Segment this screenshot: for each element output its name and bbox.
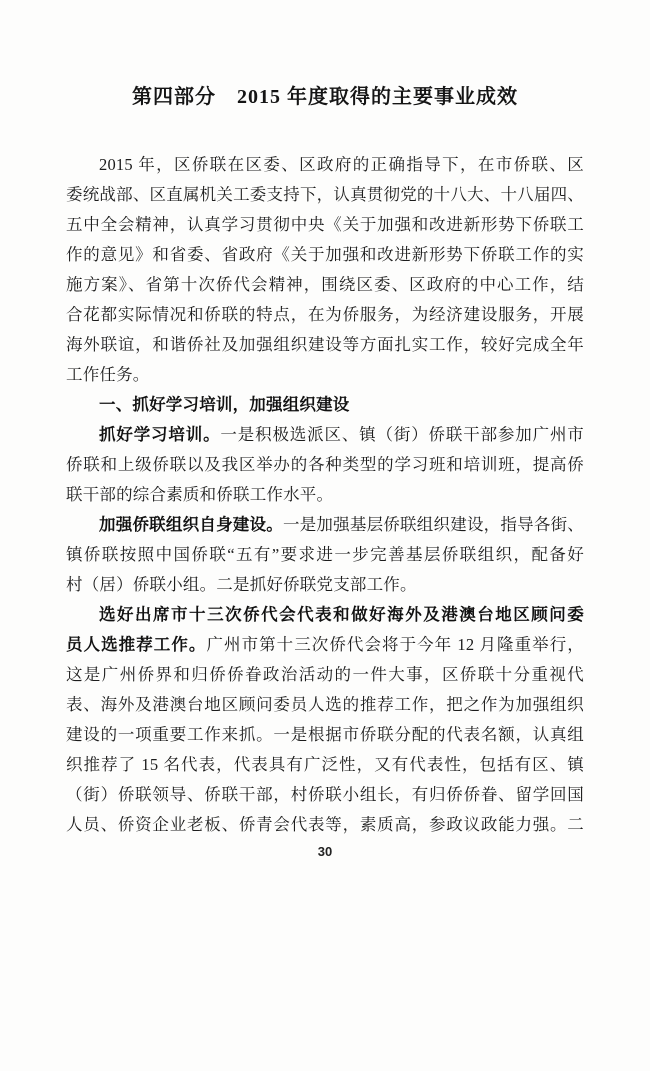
text-run: 村（居）侨联小组。二是抓好侨联党支部工作。 [66, 575, 417, 594]
text-line: 人员、侨资企业老板、侨青会代表等，素质高，参政议政能力强。二 [66, 810, 584, 840]
text-line: 联干部的综合素质和侨联工作水平。 [66, 480, 584, 510]
text-line: 员人选推荐工作。广州市第十三次侨代会将于今年 12 月隆重举行， [66, 630, 584, 660]
page-title: 第四部分 2015 年度取得的主要事业成效 [66, 84, 584, 110]
text-line: 建设的一项重要工作来抓。一是根据市侨联分配的代表名额，认真组 [66, 720, 584, 750]
text-line: 村（居）侨联小组。二是抓好侨联党支部工作。 [66, 570, 584, 600]
text-run: （街）侨联领导、侨联干部，村侨联小组长，有归侨侨眷、留学回国 [66, 785, 584, 804]
text-run: 表、海外及港澳台地区顾问委员人选的推荐工作，把之作为加强组织 [66, 695, 584, 714]
text-run: 广州市第十三次侨代会将于今年 12 月隆重举行， [206, 635, 584, 654]
text-line: 五中全会精神，认真学习贯彻中央《关于加强和改进新形势下侨联工 [66, 210, 584, 240]
text-line: 一、抓好学习培训，加强组织建设 [66, 390, 584, 420]
text-line: 施方案》、省第十次侨代会精神，围绕区委、区政府的中心工作，结 [66, 270, 584, 300]
text-line: 加强侨联组织自身建设。一是加强基层侨联组织建设，指导各街、 [66, 510, 584, 540]
text-line: 海外联谊，和谐侨社及加强组织建设等方面扎实工作，较好完成全年 [66, 330, 584, 360]
text-run: 工作任务。 [66, 365, 150, 384]
text-line: 织推荐了 15 名代表，代表具有广泛性，又有代表性，包括有区、镇 [66, 750, 584, 780]
page-number: 30 [66, 844, 584, 859]
text-line: 作的意见》和省委、省政府《关于加强和改进新形势下侨联工作的实 [66, 240, 584, 270]
document-body: 2015 年，区侨联在区委、区政府的正确指导下，在市侨联、区委统战部、区直属机关… [66, 150, 584, 840]
text-run-bold: 选好出席市十三次侨代会代表和做好海外及港澳台地区顾问委 [99, 605, 584, 624]
text-run: 侨联和上级侨联以及我区举办的各种类型的学习班和培训班，提高侨 [66, 455, 584, 474]
text-line: 表、海外及港澳台地区顾问委员人选的推荐工作，把之作为加强组织 [66, 690, 584, 720]
text-line: （街）侨联领导、侨联干部，村侨联小组长，有归侨侨眷、留学回国 [66, 780, 584, 810]
document-page: 第四部分 2015 年度取得的主要事业成效 2015 年，区侨联在区委、区政府的… [0, 0, 650, 1071]
text-run: 这是广州侨界和归侨侨眷政治活动的一件大事，区侨联十分重视代 [66, 665, 584, 684]
text-run: 一是加强基层侨联组织建设，指导各街、 [283, 515, 584, 534]
text-run: 建设的一项重要工作来抓。一是根据市侨联分配的代表名额，认真组 [66, 725, 584, 744]
text-run: 联干部的综合素质和侨联工作水平。 [66, 485, 333, 504]
text-run: 2015 年，区侨联在区委、区政府的正确指导下，在市侨联、区 [99, 155, 584, 174]
text-line: 2015 年，区侨联在区委、区政府的正确指导下，在市侨联、区 [66, 150, 584, 180]
text-line: 这是广州侨界和归侨侨眷政治活动的一件大事，区侨联十分重视代 [66, 660, 584, 690]
text-line: 镇侨联按照中国侨联“五有”要求进一步完善基层侨联组织，配备好 [66, 540, 584, 570]
text-line: 侨联和上级侨联以及我区举办的各种类型的学习班和培训班，提高侨 [66, 450, 584, 480]
text-run: 一是积极选派区、镇（街）侨联干部参加广州市 [220, 425, 584, 444]
text-run: 人员、侨资企业老板、侨青会代表等，素质高，参政议政能力强。二 [66, 815, 584, 834]
text-run: 合花都实际情况和侨联的特点，在为侨服务，为经济建设服务，开展 [66, 305, 584, 324]
text-run: 镇侨联按照中国侨联“五有”要求进一步完善基层侨联组织，配备好 [66, 545, 584, 564]
text-run: 施方案》、省第十次侨代会精神，围绕区委、区政府的中心工作，结 [66, 275, 584, 294]
text-line: 委统战部、区直属机关工委支持下，认真贯彻党的十八大、十八届四、 [66, 180, 584, 210]
text-run-bold: 加强侨联组织自身建设。 [99, 515, 283, 534]
text-run-bold: 员人选推荐工作。 [66, 635, 206, 654]
text-run: 织推荐了 15 名代表，代表具有广泛性，又有代表性，包括有区、镇 [66, 755, 584, 774]
text-line: 选好出席市十三次侨代会代表和做好海外及港澳台地区顾问委 [66, 600, 584, 630]
text-run: 委统战部、区直属机关工委支持下，认真贯彻党的十八大、十八届四、 [66, 185, 584, 204]
text-run: 作的意见》和省委、省政府《关于加强和改进新形势下侨联工作的实 [66, 245, 584, 264]
text-line: 合花都实际情况和侨联的特点，在为侨服务，为经济建设服务，开展 [66, 300, 584, 330]
text-line: 工作任务。 [66, 360, 584, 390]
text-run-bold: 一、抓好学习培训，加强组织建设 [99, 395, 350, 414]
text-line: 抓好学习培训。一是积极选派区、镇（街）侨联干部参加广州市 [66, 420, 584, 450]
text-run: 五中全会精神，认真学习贯彻中央《关于加强和改进新形势下侨联工 [66, 215, 584, 234]
text-run: 海外联谊，和谐侨社及加强组织建设等方面扎实工作，较好完成全年 [66, 335, 584, 354]
text-run-bold: 抓好学习培训。 [99, 425, 220, 444]
